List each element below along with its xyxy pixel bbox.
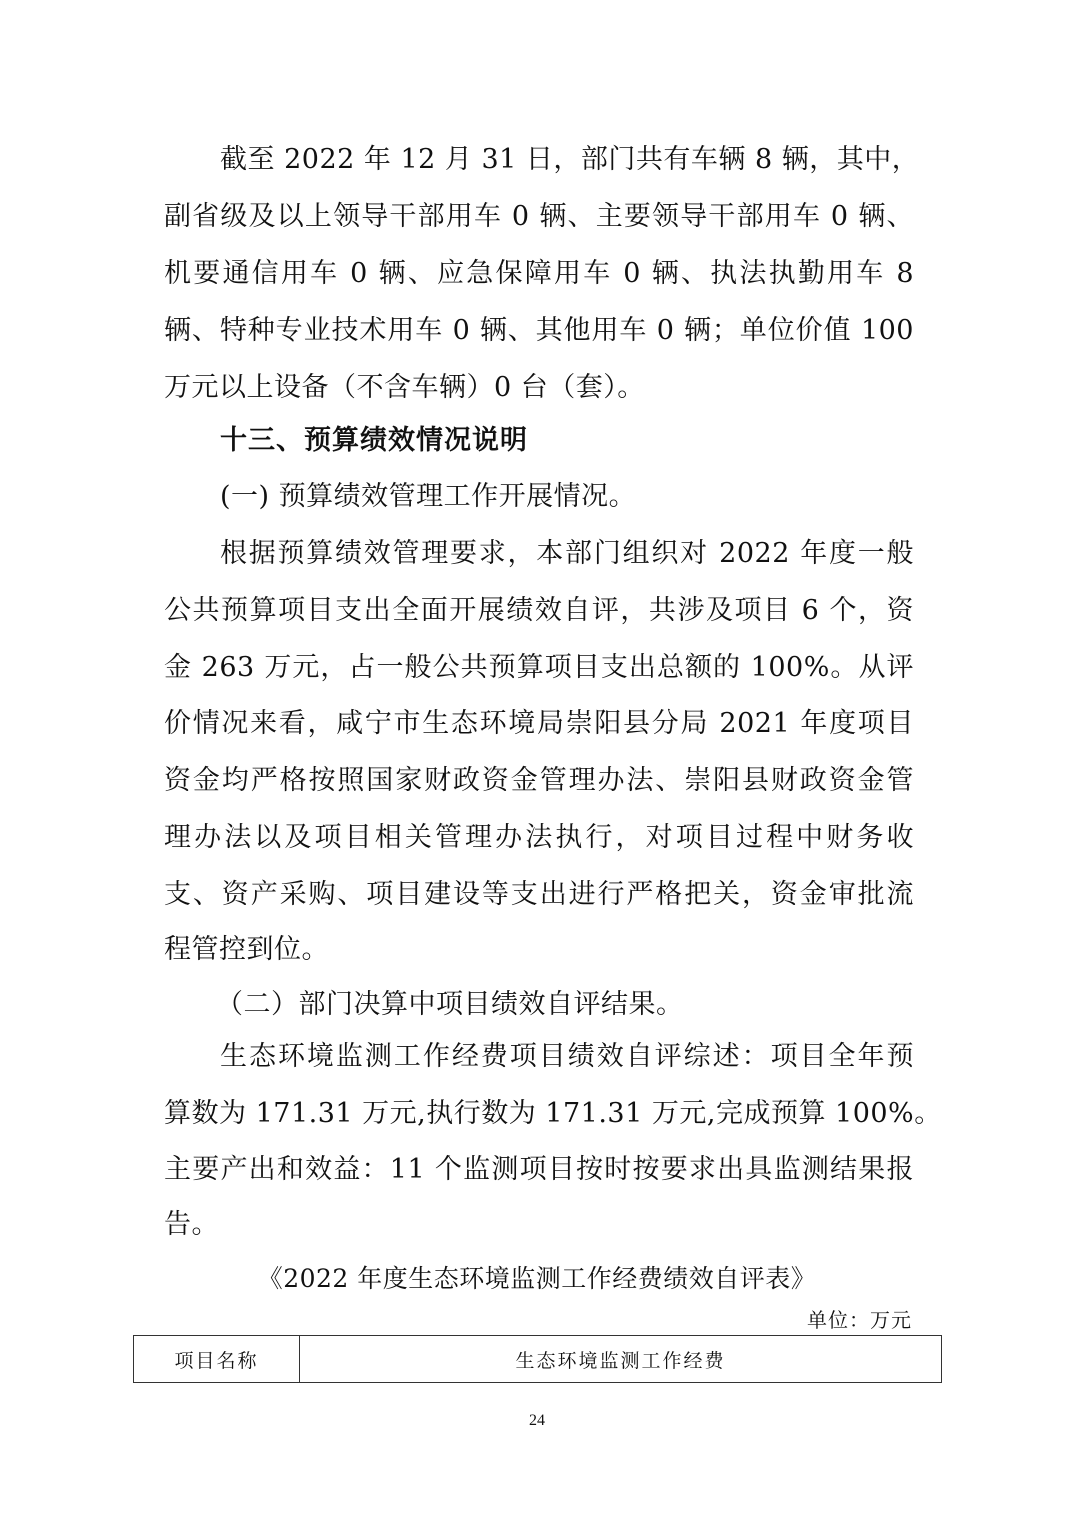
perf-line-7: 支、资产采购、项目建设等支出进行严格把关，资金审批流 [164,877,914,913]
perf-line-6: 理办法以及项目相关管理办法执行，对项目过程中财务收 [164,820,914,856]
vehicles-line-3: 机要通信用车 0 辆、应急保障用车 0 辆、执法执勤用车 8 [164,256,914,292]
perf-line-3: 金 263 万元，占一般公共预算项目支出总额的 100%。从评 [164,650,914,686]
table-title: 《2022 年度生态环境监测工作经费绩效自评表》 [0,1262,1074,1296]
perf-line-4: 价情况来看，咸宁市生态环境局崇阳县分局 2021 年度项目 [164,706,914,742]
eval-line-1: 生态环境监测工作经费项目绩效自评综述：项目全年预 [220,1039,914,1075]
eval-line-3: 主要产出和效益：11 个监测项目按时按要求出具监测结果报 [164,1152,914,1188]
eval-line-2: 算数为 171.31 万元,执行数为 171.31 万元,完成预算 100%。 [164,1096,914,1132]
perf-line-1: 根据预算绩效管理要求，本部门组织对 2022 年度一般 [220,536,914,572]
document-page: 截至 2022 年 12 月 31 日，部门共有车辆 8 辆，其中， 副省级及以… [0,0,1074,1520]
table-unit-label: 单位：万元 [807,1306,912,1334]
section-heading: 十三、预算绩效情况说明 [220,423,528,459]
vehicles-line-2: 副省级及以上领导干部用车 0 辆、主要领导干部用车 0 辆、 [164,199,914,235]
self-evaluation-table: 项目名称 生态环境监测工作经费 [133,1335,942,1383]
eval-line-4: 告。 [164,1207,914,1243]
subsection-2-heading: （二）部门决算中项目绩效自评结果。 [216,987,684,1023]
project-name-label: 项目名称 [134,1336,300,1383]
subsection-1-heading: (一) 预算绩效管理工作开展情况。 [220,479,636,515]
page-number: 24 [0,1412,1074,1430]
table-row: 项目名称 生态环境监测工作经费 [134,1336,942,1383]
perf-line-8: 程管控到位。 [164,932,914,968]
project-name-value: 生态环境监测工作经费 [300,1336,942,1383]
perf-line-5: 资金均严格按照国家财政资金管理办法、崇阳县财政资金管 [164,763,914,799]
vehicles-line-4: 辆、特种专业技术用车 0 辆、其他用车 0 辆；单位价值 100 [164,313,914,349]
perf-line-2: 公共预算项目支出全面开展绩效自评，共涉及项目 6 个，资 [164,593,914,629]
vehicles-line-5: 万元以上设备（不含车辆）0 台（套）。 [164,370,914,406]
vehicles-line-1: 截至 2022 年 12 月 31 日，部门共有车辆 8 辆，其中， [220,142,914,178]
